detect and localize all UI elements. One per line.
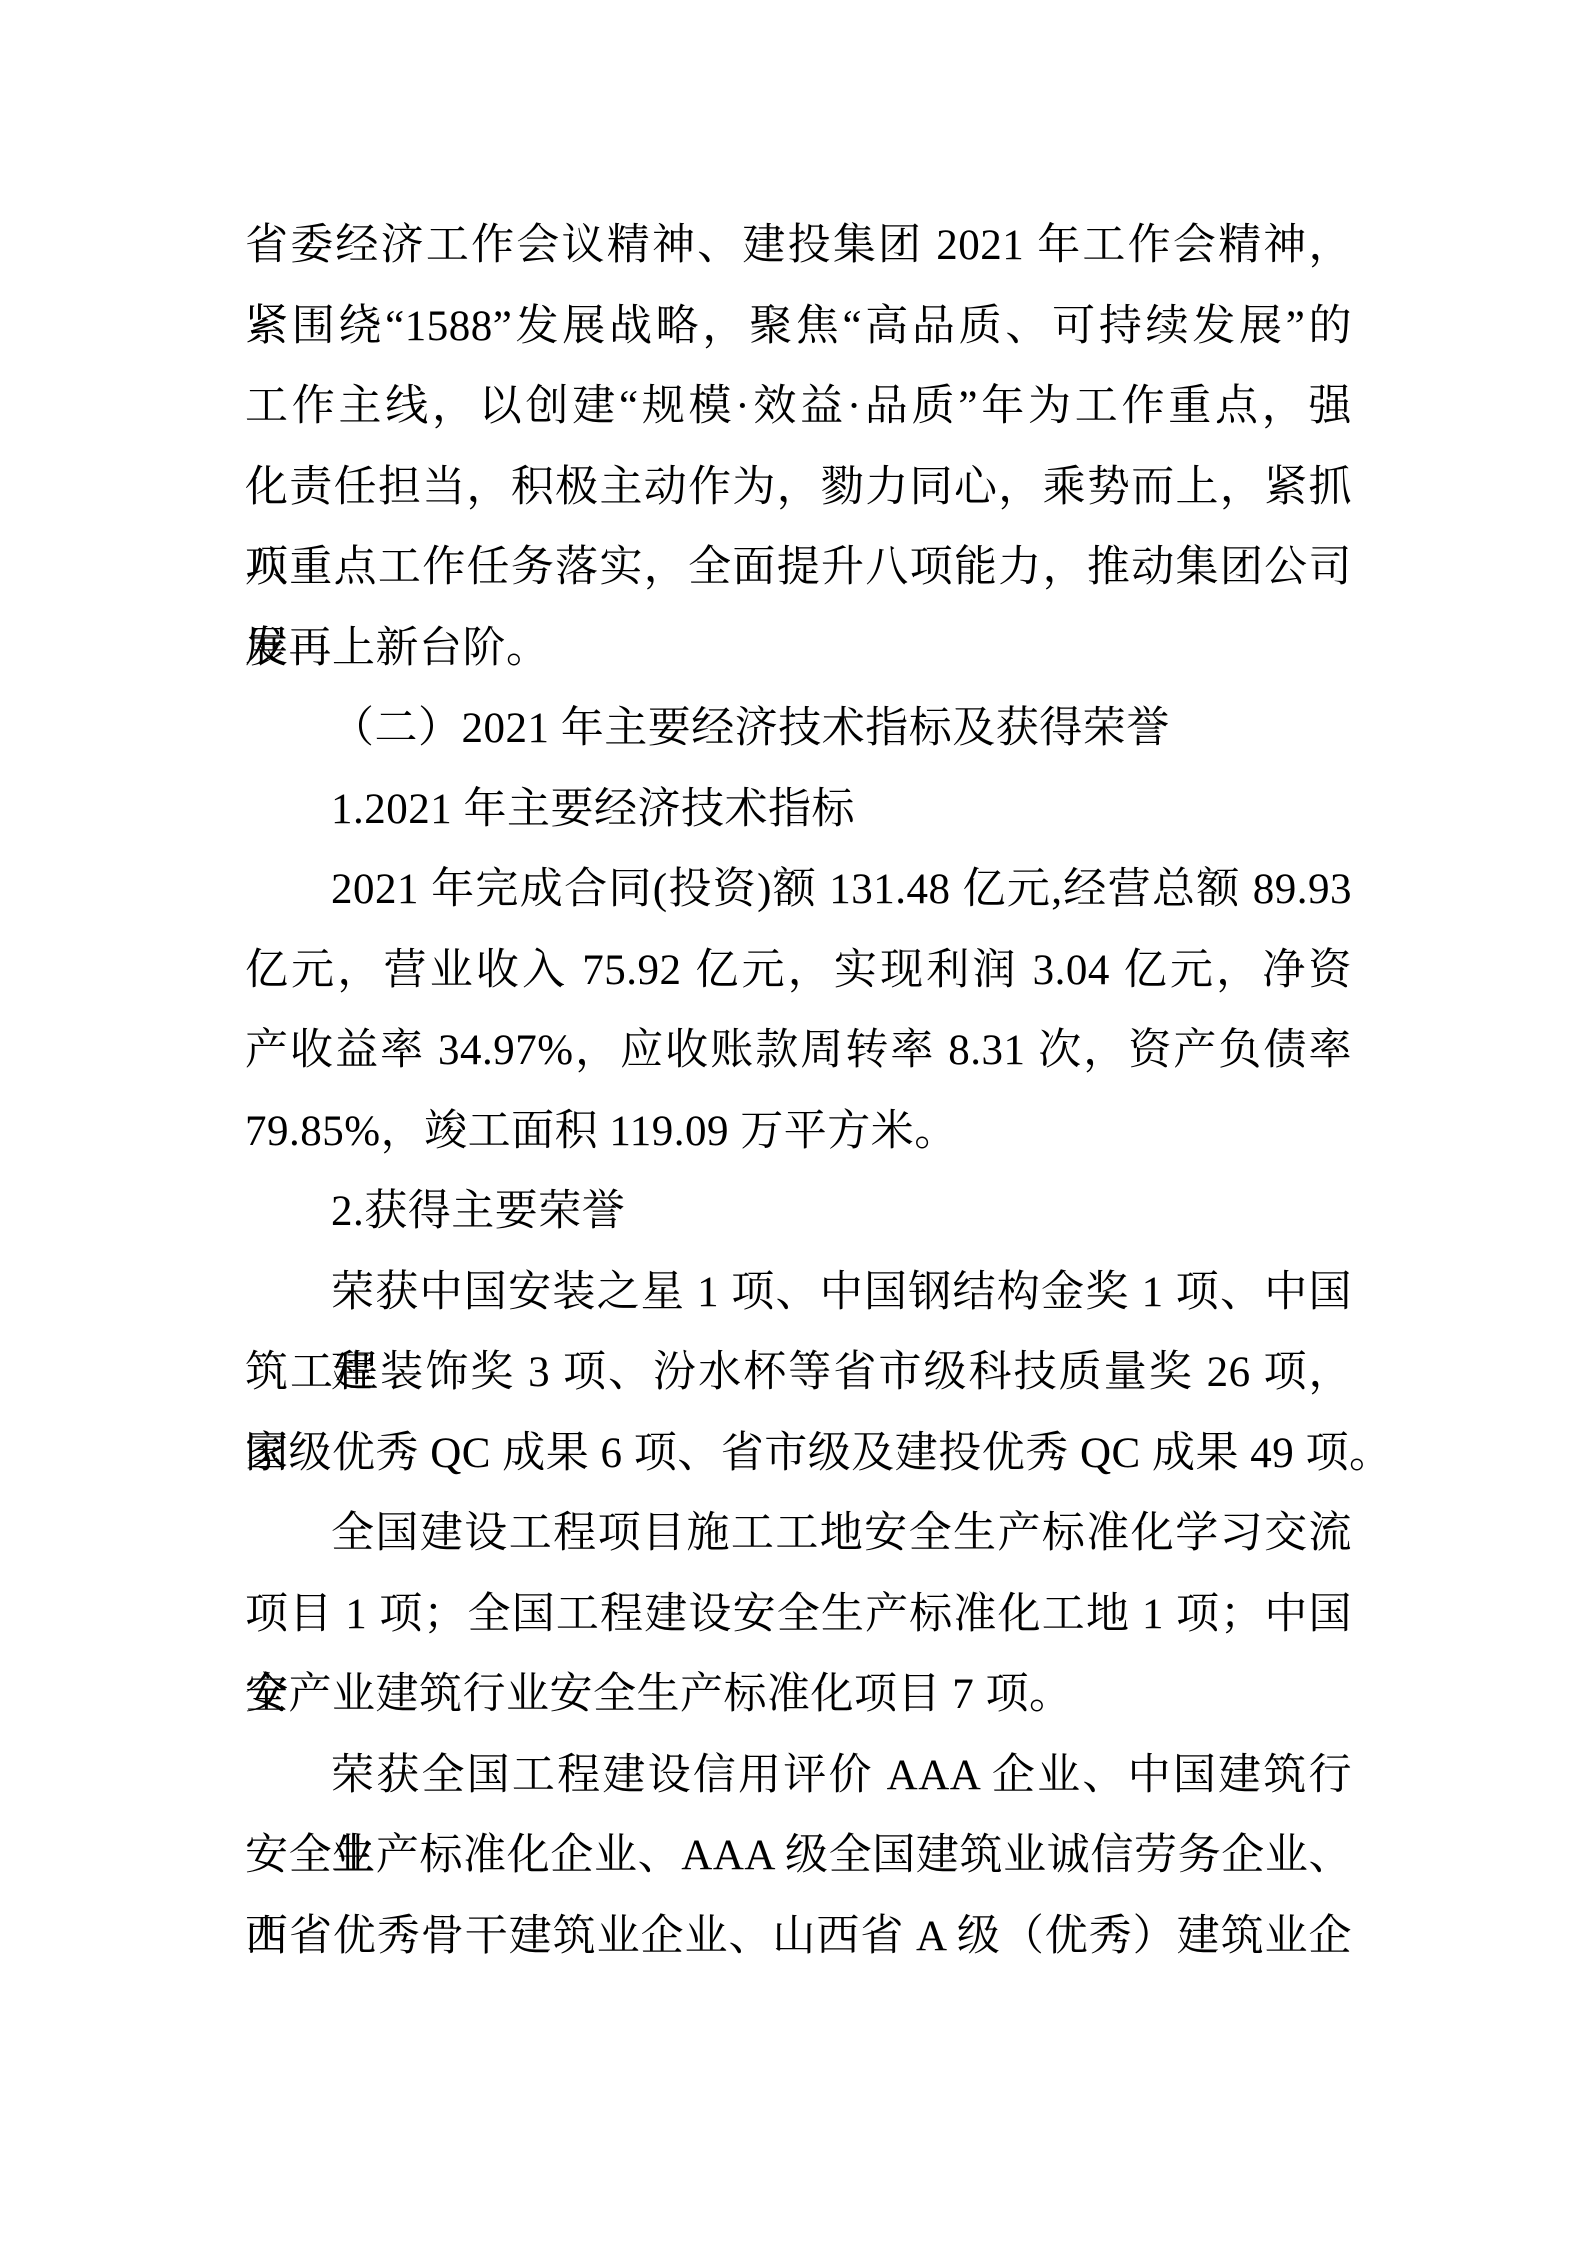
text-line: 79.85%，竣工面积 119.09 万平方米。 — [245, 1092, 1352, 1173]
text-line: 化责任担当，积极主动作为，勠力同心，乘势而上，紧抓八 — [245, 448, 1352, 529]
text-line: 荣获全国工程建设信用评价 AAA 企业、中国建筑行业 — [245, 1736, 1352, 1817]
text-line: 省委经济工作会议精神、建投集团 2021 年工作会精神，紧 — [245, 206, 1352, 287]
text-line: 展再上新台阶。 — [245, 609, 1352, 690]
text-line: 全国建设工程项目施工工地安全生产标准化学习交流 — [245, 1494, 1352, 1575]
text-line: 产收益率 34.97%，应收账款周转率 8.31 次，资产负债率 — [245, 1011, 1352, 1092]
text-line: 2021 年完成合同(投资)额 131.48 亿元,经营总额 89.93 — [245, 850, 1352, 931]
text-line: 项重点工作任务落实，全面提升八项能力，推动集团公司发 — [245, 528, 1352, 609]
text-block: 省委经济工作会议精神、建投集团 2021 年工作会精神，紧 紧围绕“1588”发… — [245, 206, 1352, 1977]
text-line: 荣获中国安装之星 1 项、中国钢结构金奖 1 项、中国建 — [245, 1253, 1352, 1334]
text-line: 家级优秀 QC 成果 6 项、省市级及建投优秀 QC 成果 49 项。 — [245, 1414, 1352, 1495]
heading-line: 2.获得主要荣誉 — [245, 1172, 1352, 1253]
heading-line: 1.2021 年主要经济技术指标 — [245, 770, 1352, 851]
text-line: 亿元，营业收入 75.92 亿元，实现利润 3.04 亿元，净资 — [245, 931, 1352, 1012]
document-page: 省委经济工作会议精神、建投集团 2021 年工作会精神，紧 紧围绕“1588”发… — [0, 0, 1587, 2245]
text-line: 西省优秀骨干建筑业企业、山西省 A 级（优秀）建筑业企 — [245, 1897, 1352, 1978]
text-line: 安全生产标准化企业、AAA 级全国建筑业诚信劳务企业、山 — [245, 1816, 1352, 1897]
text-line: 工作主线，以创建“规模·效益·品质”年为工作重点，强 — [245, 367, 1352, 448]
heading-line: （二）2021 年主要经济技术指标及获得荣誉 — [245, 689, 1352, 770]
text-line: 筑工程装饰奖 3 项、汾水杯等省市级科技质量奖 26 项，国 — [245, 1333, 1352, 1414]
text-line: 紧围绕“1588”发展战略，聚焦“高品质、可持续发展”的 — [245, 287, 1352, 368]
text-line: 项目 1 项；全国工程建设安全生产标准化工地 1 项；中国安 — [245, 1575, 1352, 1656]
text-line: 全产业建筑行业安全生产标准化项目 7 项。 — [245, 1655, 1352, 1736]
